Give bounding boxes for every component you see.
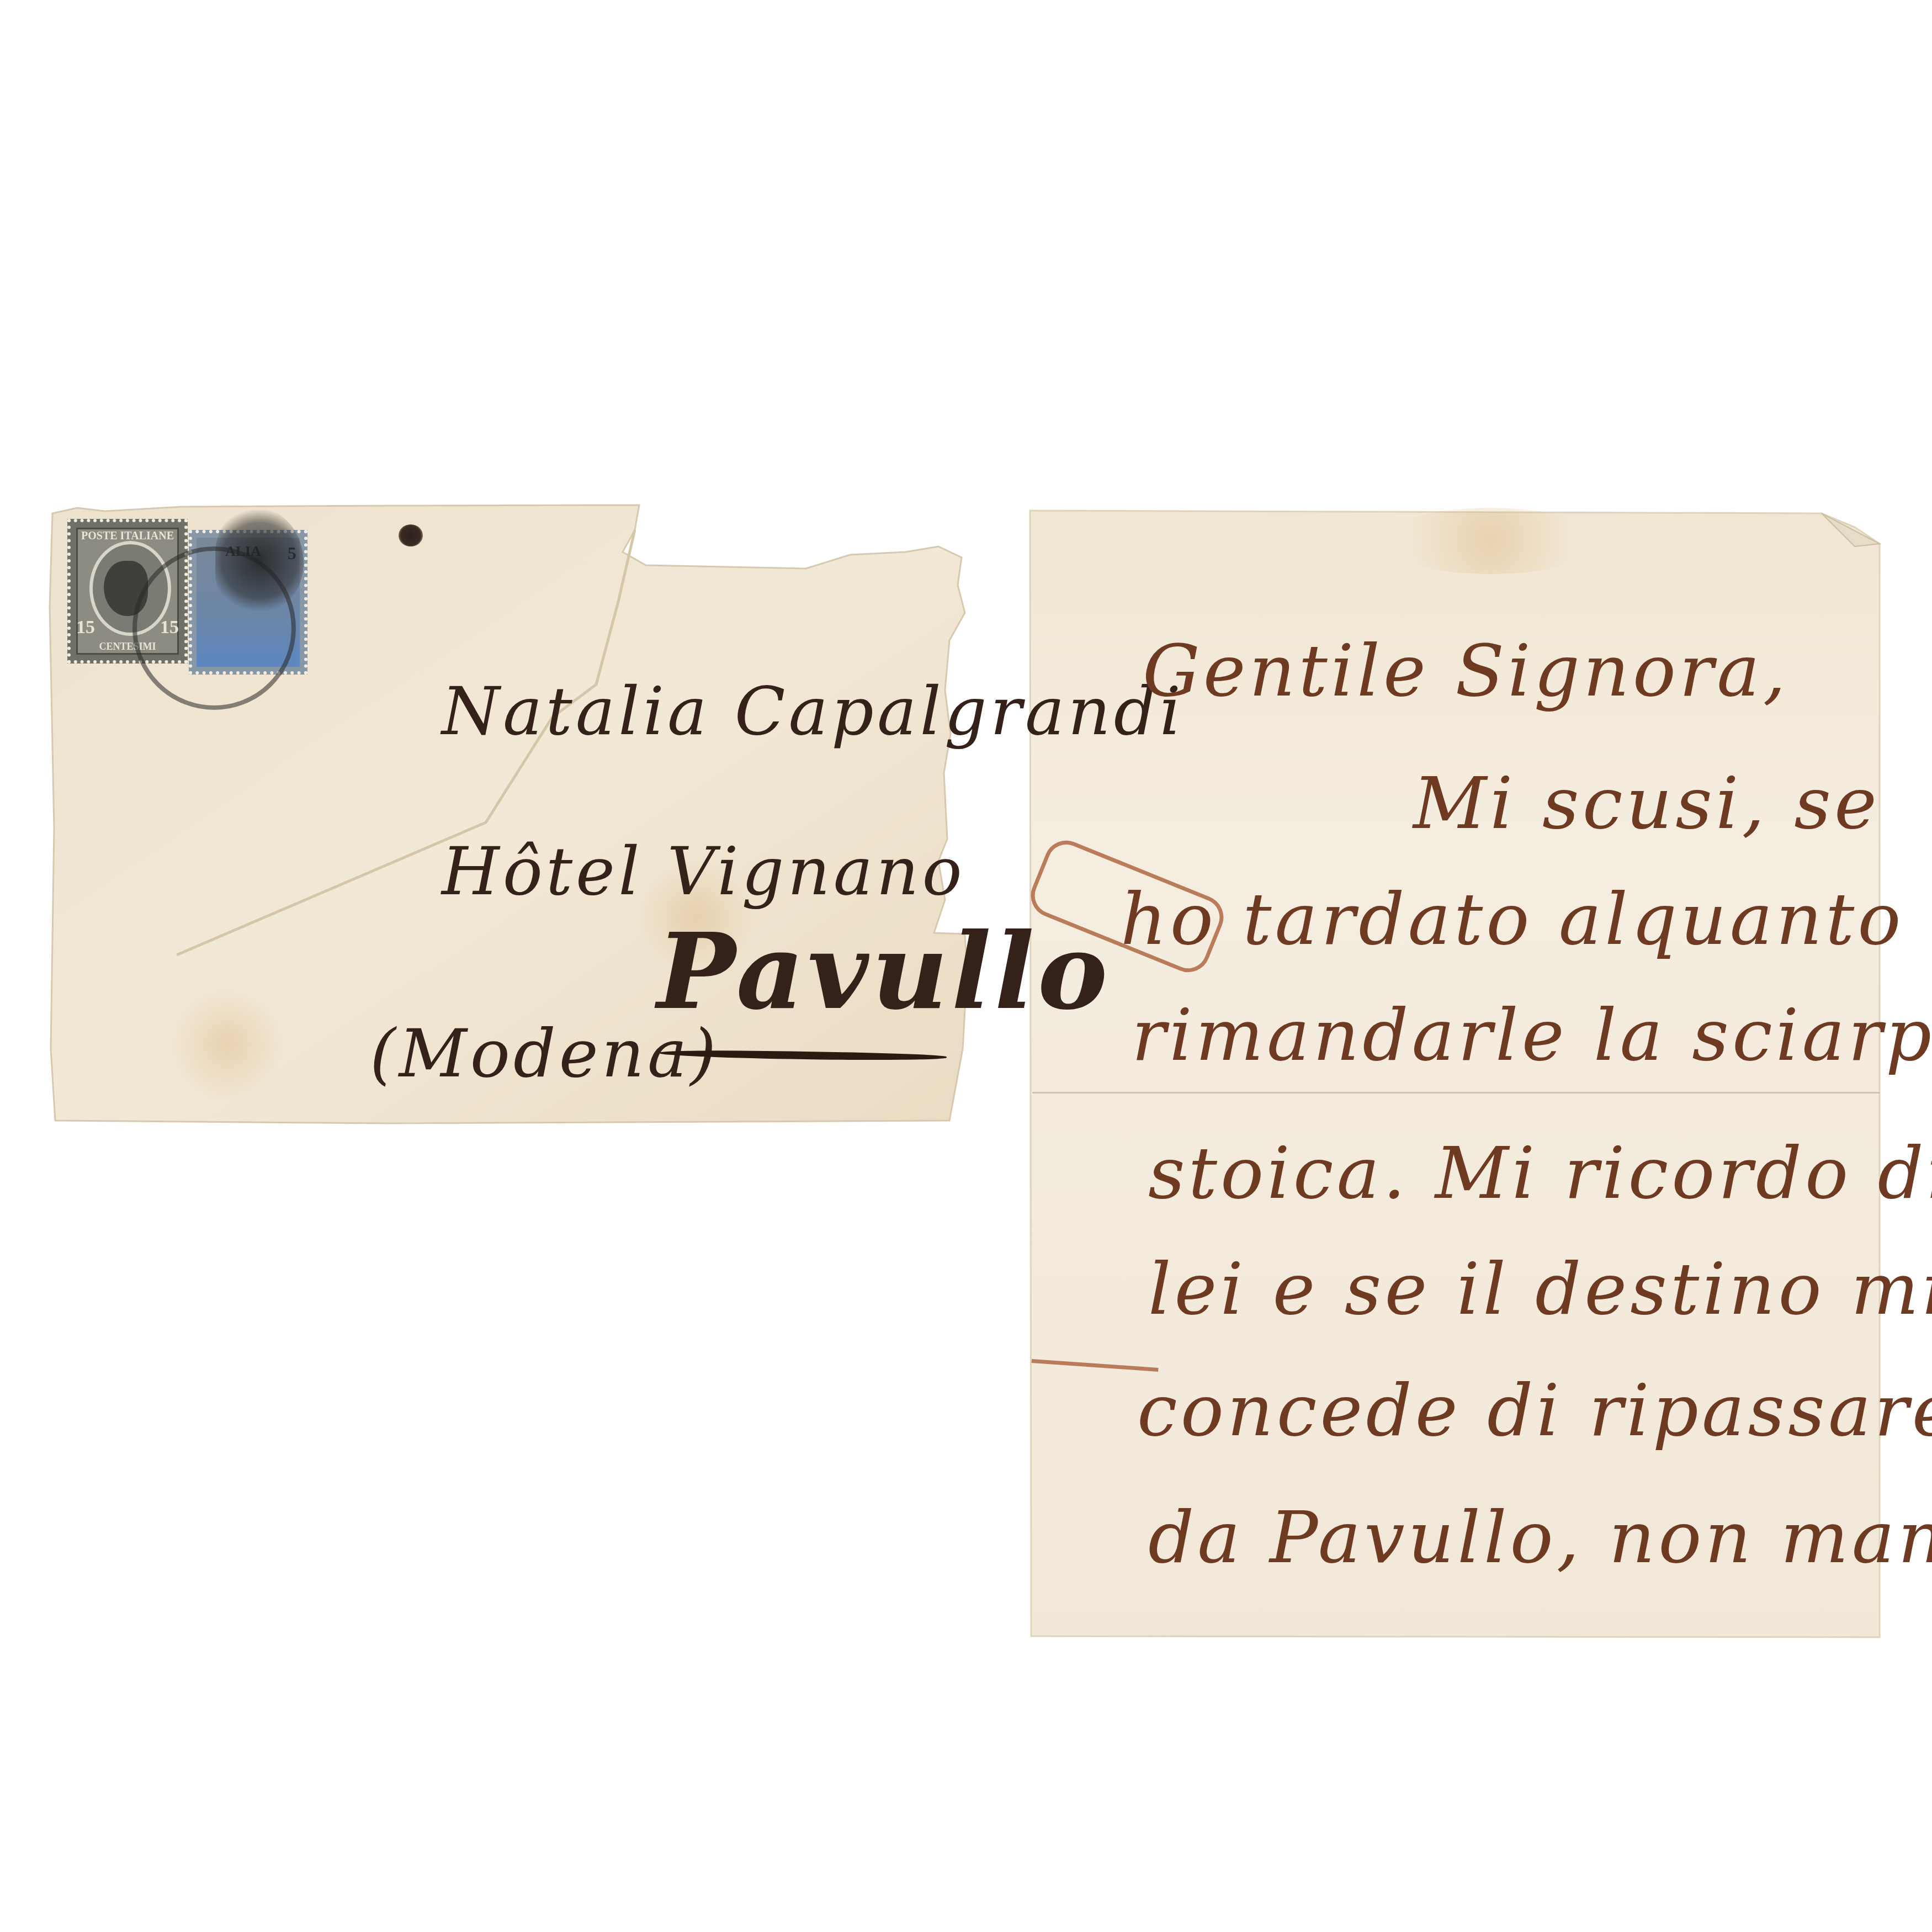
address-recipient: Natalia Capalgrandi [442, 679, 1184, 745]
envelope-stain [171, 983, 282, 1104]
letter-line: Mi scusi, se [1413, 767, 1880, 839]
photo-stage: POSTE ITALIANE 15 15 CENTESIMI ALIA 5 Na… [0, 0, 1932, 1932]
letter-stain [1380, 508, 1601, 574]
letter-line: concede di ripassare [1137, 1374, 1932, 1446]
letter-line: stoica. Mi ricordo di [1148, 1137, 1932, 1209]
ink-spot-icon [399, 524, 423, 546]
letter-salutation: Gentile Signora, [1143, 635, 1789, 707]
stamp-value-left: 15 [76, 617, 95, 638]
stamp-top-text: POSTE ITALIANE [71, 530, 184, 543]
letter-line: ho tardato alquanto a [1121, 883, 1932, 955]
letter-fold-line [1032, 1092, 1880, 1094]
letter-line: rimandarle la sciarpa... [1132, 999, 1932, 1071]
address-city: Pavullo [657, 919, 1111, 1024]
letter-line: da Pavullo, non mancherei [1148, 1501, 1932, 1573]
address-hotel: Hôtel Vignano [442, 839, 965, 905]
letter-line: lei e se il destino mi [1148, 1253, 1932, 1325]
